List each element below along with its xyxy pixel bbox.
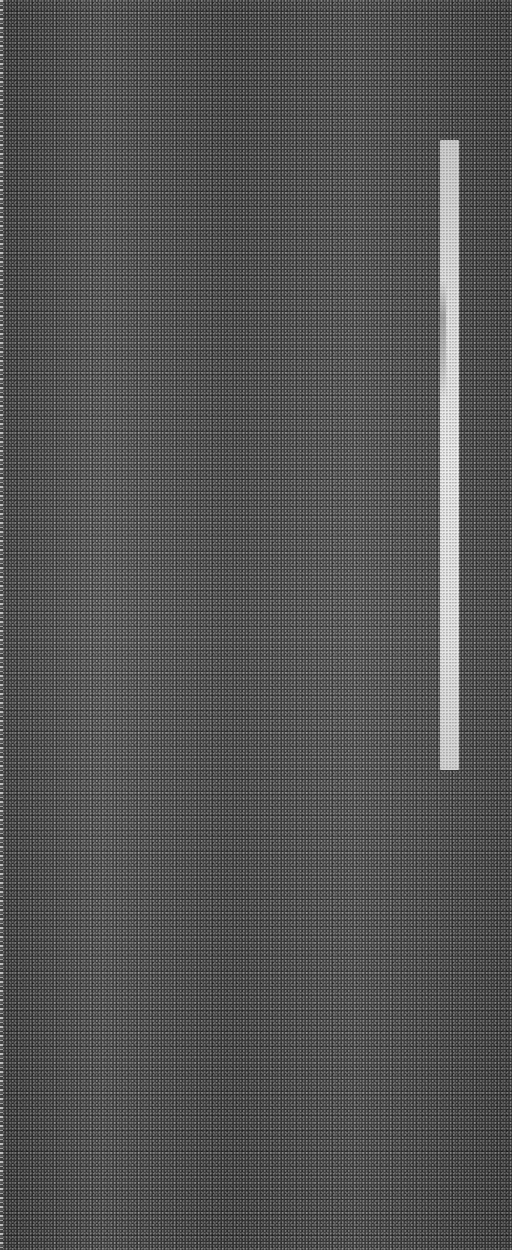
image-left-edge	[0, 0, 3, 1250]
road-surface-image	[0, 0, 512, 1250]
asphalt-shading	[0, 0, 512, 1250]
white-lane-marking	[440, 140, 459, 770]
lane-marking-wear	[440, 280, 446, 400]
